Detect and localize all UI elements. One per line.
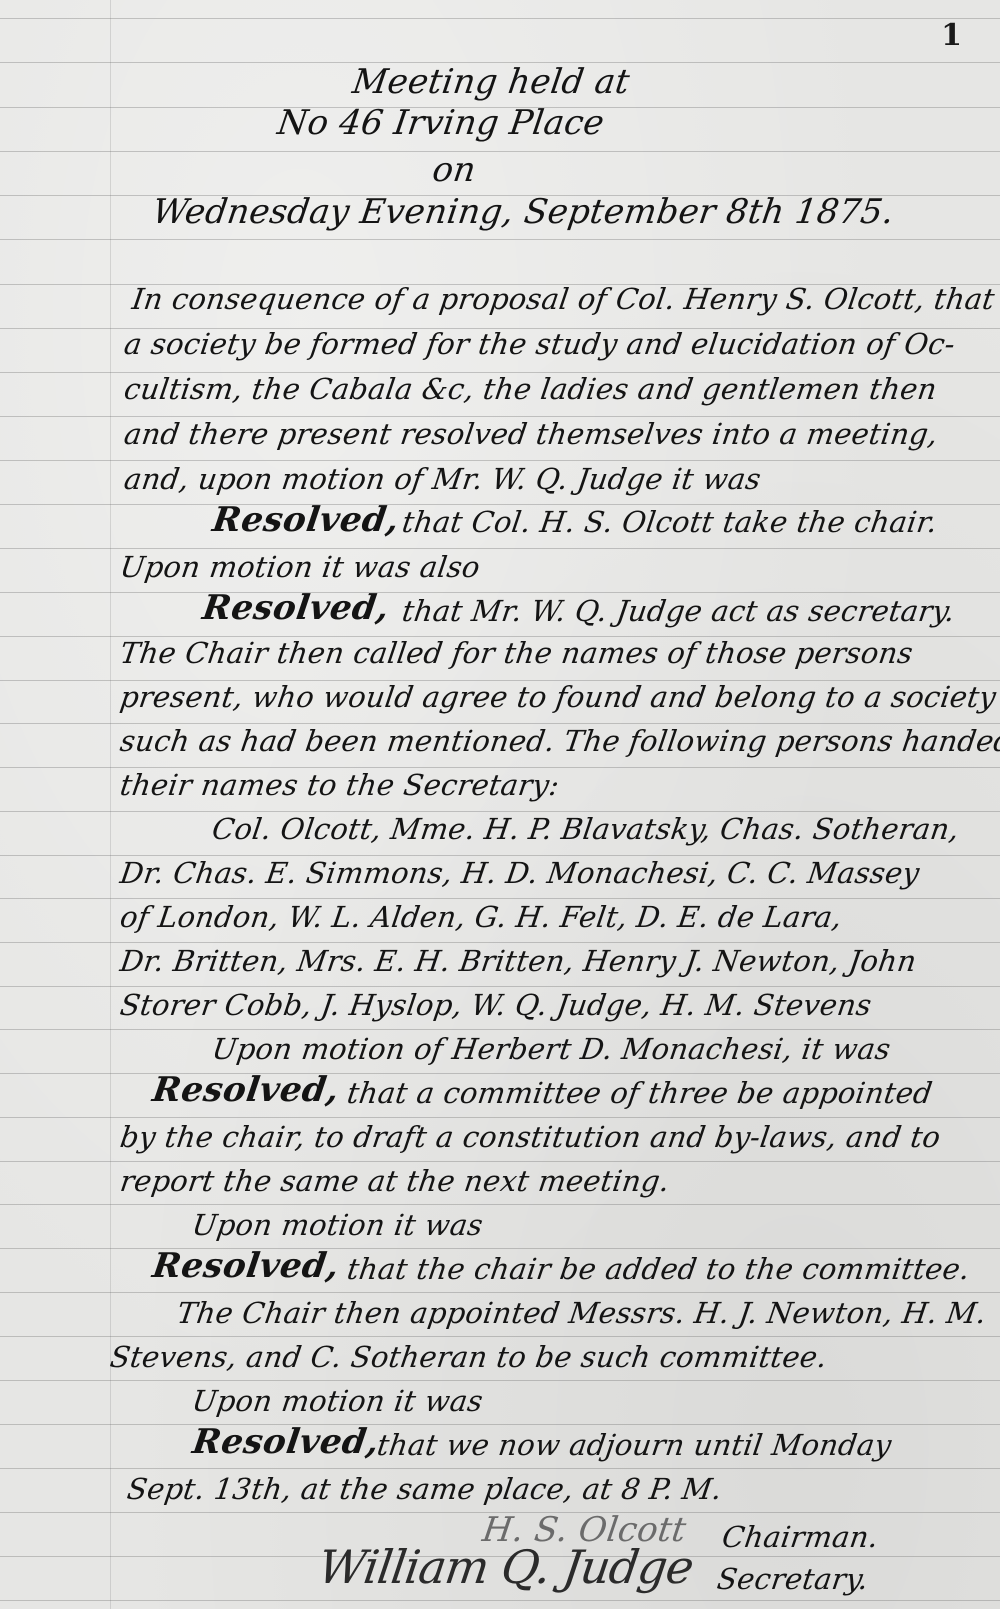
member-names-line: Storer Cobb, J. Hyslop, W. Q. Judge, H. … (118, 988, 874, 1022)
body-line: that Mr. W. Q. Judge act as secretary. (400, 594, 957, 628)
body-line: and there present resolved themselves in… (122, 417, 940, 451)
ruled-line (0, 898, 1000, 899)
body-line: a society be formed for the study and el… (122, 327, 957, 361)
resolved-label: Resolved, (150, 1246, 342, 1286)
ruled-line (0, 1380, 1000, 1381)
member-names-line: Col. Olcott, Mme. H. P. Blavatsky, Chas.… (210, 812, 961, 846)
ruled-line (0, 986, 1000, 987)
member-names-line: Dr. Chas. E. Simmons, H. D. Monachesi, C… (118, 856, 922, 890)
body-line: The Chair then called for the names of t… (118, 636, 915, 670)
resolved-label: Resolved, (190, 1422, 382, 1462)
ruled-line (0, 1424, 1000, 1425)
body-line: such as had been mentioned. The followin… (118, 724, 1000, 758)
page-number: 1 (941, 18, 962, 53)
body-line: In consequence of a proposal of Col. Hen… (130, 282, 997, 316)
secretary-title: Secretary. (715, 1562, 871, 1596)
ruled-line (0, 18, 1000, 19)
body-line: that Col. H. S. Olcott take the chair. (400, 505, 939, 539)
ruled-line (0, 239, 1000, 240)
ruled-line (0, 1161, 1000, 1162)
heading-line-3: on (430, 150, 478, 190)
ruled-line (0, 460, 1000, 461)
body-line: that the chair be added to the committee… (345, 1252, 972, 1286)
ruled-line (0, 942, 1000, 943)
resolved-label: Resolved, (210, 500, 402, 540)
body-line: Upon motion it was (190, 1208, 485, 1242)
member-names-line: Dr. Britten, Mrs. E. H. Britten, Henry J… (118, 944, 919, 978)
heading-line-4: Wednesday Evening, September 8th 1875. (150, 192, 896, 232)
ruled-line (0, 151, 1000, 152)
ruled-line (0, 1117, 1000, 1118)
body-line: Sept. 13th, at the same place, at 8 P. M… (125, 1472, 724, 1506)
body-line: cultism, the Cabala &c, the ladies and g… (122, 372, 939, 406)
ruled-line (0, 1073, 1000, 1074)
ruled-line (0, 1600, 1000, 1601)
body-line: Stevens, and C. Sotheran to be such comm… (108, 1340, 829, 1374)
ruled-line (0, 1204, 1000, 1205)
chairman-title: Chairman. (720, 1520, 881, 1554)
body-line: report the same at the next meeting. (118, 1164, 672, 1198)
ruled-line (0, 1248, 1000, 1249)
body-line: and, upon motion of Mr. W. Q. Judge it w… (122, 462, 763, 496)
ruled-line (0, 548, 1000, 549)
ruled-line (0, 1029, 1000, 1030)
body-line: by the chair, to draft a constitution an… (118, 1120, 943, 1154)
ruled-line (0, 1468, 1000, 1469)
ruled-line (0, 1292, 1000, 1293)
secretary-signature: William Q. Judge (315, 1540, 696, 1594)
heading-line-1: Meeting held at (350, 62, 632, 102)
member-names-line: of London, W. L. Alden, G. H. Felt, D. E… (118, 900, 844, 934)
body-line: Upon motion of Herbert D. Monachesi, it … (210, 1032, 893, 1066)
ruled-line (0, 592, 1000, 593)
heading-line-2: No 46 Irving Place (275, 103, 607, 143)
body-line: Upon motion it was also (118, 550, 482, 584)
resolved-label: Resolved, (200, 588, 392, 628)
body-line: Upon motion it was (190, 1384, 485, 1418)
handwritten-minutes-page: 1 Meeting held at No 46 Irving Place on … (0, 0, 1000, 1609)
body-line: that we now adjourn until Monday (375, 1428, 894, 1462)
body-line: The Chair then appointed Messrs. H. J. N… (175, 1296, 988, 1330)
body-line: their names to the Secretary: (118, 768, 561, 802)
body-line: that a committee of three be appointed (345, 1076, 935, 1110)
resolved-label: Resolved, (150, 1070, 342, 1110)
ruled-line (0, 1336, 1000, 1337)
body-line: present, who would agree to found and be… (118, 680, 998, 714)
